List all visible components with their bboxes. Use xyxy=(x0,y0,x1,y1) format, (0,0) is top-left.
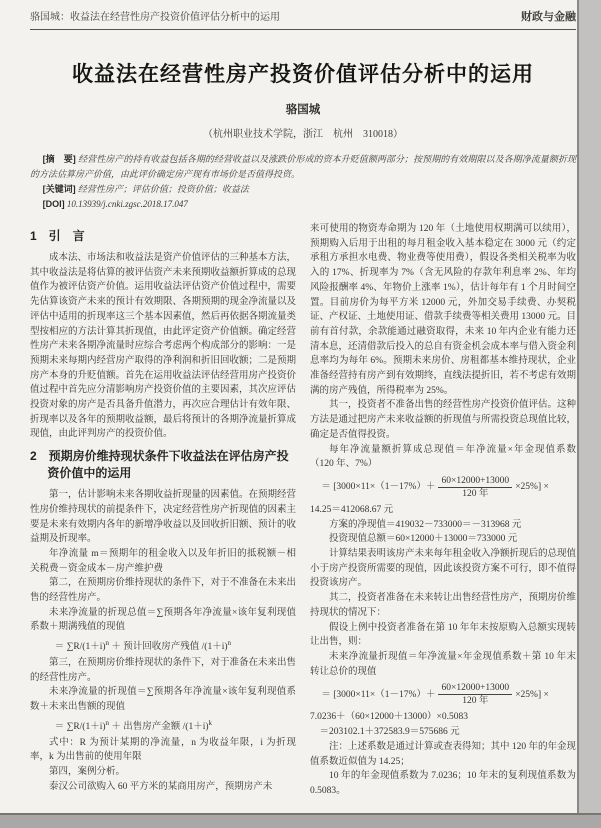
paragraph: 计算结果表明该房产未来每年租金收入净额折现后的总现值小于房产投资所需要的现值，因… xyxy=(310,547,576,591)
formula-net-flow-definition: 年净流量 m＝预期年的租金收入以及年折旧的抵税额－相关税费－资金成本－房产维护费 xyxy=(30,547,296,576)
author-name: 骆国城 xyxy=(30,101,576,117)
fraction: 60×12000+13000120 年 xyxy=(438,475,512,500)
formula-part: ×25%] × xyxy=(515,688,549,703)
page-content: 骆国城：收益法在经营性房产投资价值评估分析中的运用 财政与金融 收益法在经营性房… xyxy=(30,8,576,799)
fraction-numerator: 60×12000+13000 xyxy=(438,475,512,488)
keywords-text: 经营性房产；评估价值；投资价值；收益法 xyxy=(78,184,249,194)
superscript-n: n xyxy=(228,639,232,647)
section-1-heading: 1 引 言 xyxy=(30,228,296,245)
doi-text: 10.13939/j.cnki.zgsc.2018.17.047 xyxy=(67,199,188,209)
formula-part: ＝ ∑R/(1＋i) xyxy=(55,722,106,732)
paragraph: 其一，投资者不准备出售的经营性房产投资价值评估。这种方法是通过把房产未来收益额的… xyxy=(310,398,576,442)
abstract-label: [摘 要] xyxy=(43,154,76,164)
paragraph: 未来净流量的折现值＝∑预期各年净流量×该年复利现值系数＋未来出售额的现值 xyxy=(30,685,296,714)
paragraph: 其二，投资者准备在未来转让出售经营性房产，预期房价维持现状的情况下： xyxy=(310,591,576,620)
formula-discount-hold: ＝ ∑R/(1＋i)n ＋ 预计回收房产残值 /(1＋i)n xyxy=(30,636,296,655)
running-header: 骆国城：收益法在经营性房产投资价值评估分析中的运用 财政与金融 xyxy=(30,8,576,30)
doi-paragraph: [DOI] 10.13939/j.cnki.zgsc.2018.17.047 xyxy=(30,197,576,212)
paragraph: 假设上例中投资者准备在第 10 年年末按原购入总额实现转让出售，则： xyxy=(310,621,576,650)
section-2-heading: 2 预期房价维持现状条件下收益法在评估房产投资价值中的运用 xyxy=(30,448,296,482)
paragraph: 第四，案例分析。 xyxy=(30,765,296,780)
formula-resale-pv: ＝ [3000×11×（1－17%）＋ 60×12000+13000120 年 … xyxy=(310,682,576,707)
paragraph: 第一，估计影响未来各期收益折现量的因素值。在预期经营性房价维持现状的前提条件下，… xyxy=(30,488,296,547)
scan-edge-right xyxy=(577,0,601,828)
scan-edge-bottom xyxy=(0,813,601,828)
running-header-left: 骆国城：收益法在经营性房产投资价值评估分析中的运用 xyxy=(30,8,280,23)
paragraph-continuation: 来可使用的物资寿命期为 120 年（土地使用权期满可以续用），预期购入后用于出租… xyxy=(310,222,576,398)
doi-label: [DOI] xyxy=(43,199,65,209)
abstract-paragraph: [摘 要] 经营性房产的持有收益包括各期的经营收益以及涨跌价形成的资本升贬值额两… xyxy=(30,152,576,182)
paragraph: 方案的净现值＝419032－733000＝－313968 元 xyxy=(310,518,576,533)
paragraph: 第三，在预期房价维持现状的条件下，对于准备在未来出售的经营性房产。 xyxy=(30,656,296,685)
formula-result-line: 14.25＝412068.67 元 xyxy=(310,503,576,518)
note-paragraph: 注：上述系数是通过计算或查表得知；其中 120 年的年金现值系数近似值为 14.… xyxy=(310,740,576,769)
journal-section-label: 财政与金融 xyxy=(521,8,576,24)
formula-part: ＝ ∑R/(1＋i) xyxy=(55,642,106,652)
paragraph: 成本法、市场法和收益法是资产价值评估的三种基本方法，其中收益法是将估算的被评估资… xyxy=(30,251,296,442)
paragraph: 泰汉公司欲购入 60 平方米的某商用房产，预期房产未 xyxy=(30,780,296,795)
fraction-denominator: 120 年 xyxy=(438,488,512,500)
paragraph: 未来净流量的折现总值＝∑预期各年净流量×该年复利现值系数＋期满残值的现值 xyxy=(30,606,296,635)
paragraph: 式中：R 为预计某期的净流量，n 为收益年限，i 为折现率，k 为出售前的使用年… xyxy=(30,736,296,765)
formula-part: ＋ 预计回收房产残值 /(1＋i) xyxy=(109,642,227,652)
formula-result-line: ＝203102.1＋372583.9＝575686 元 xyxy=(310,725,576,740)
right-column: 来可使用的物资寿命期为 120 年（土地使用权期满可以续用），预期购入后用于出租… xyxy=(310,222,576,799)
note-paragraph: 10 年的年金现值系数为 7.0236；10 年末的复利现值系数为 0.5083… xyxy=(310,769,576,798)
formula-continuation-line: 7.0236＋（60×12000＋13000）×0.5083 xyxy=(310,710,576,725)
fraction-denominator: 120 年 xyxy=(438,695,512,707)
fraction: 60×12000+13000120 年 xyxy=(438,682,512,707)
paragraph: 未来净流量折现值＝年净流量×年金现值系数＋第 10 年末转让总价的现值 xyxy=(310,650,576,679)
paragraph: 第二，在预期房价维持现状的条件下，对于不准备在未来出售的经营性房产。 xyxy=(30,576,296,605)
formula-annuity-pv: ＝ [3000×11×（1－17%）＋ 60×12000+13000120 年 … xyxy=(310,475,576,500)
fraction-numerator: 60×12000+13000 xyxy=(438,682,512,695)
formula-part: ×25%] × xyxy=(515,480,549,495)
author-affiliation: （杭州职业技术学院，浙江 杭州 310018） xyxy=(30,125,576,140)
two-column-body: 1 引 言 成本法、市场法和收益法是资产价值评估的三种基本方法，其中收益法是将估… xyxy=(30,222,576,799)
formula-part: ＋ 出售房产金额 /(1＋i) xyxy=(109,722,208,732)
abstract-block: [摘 要] 经营性房产的持有收益包括各期的经营收益以及涨跌价形成的资本升贬值额两… xyxy=(30,152,576,212)
paragraph: 每年净流量额折算成总现值＝年净流量×年金现值系数（120 年、7%） xyxy=(310,443,576,472)
keywords-label: [关键词] xyxy=(43,184,76,194)
keywords-paragraph: [关键词] 经营性房产；评估价值；投资价值；收益法 xyxy=(30,182,576,197)
formula-part: ＝ [3000×11×（1－17%）＋ xyxy=(321,688,435,703)
paragraph: 投资现值总额＝60×12000＋13000＝733000 元 xyxy=(310,532,576,547)
formula-discount-sell: ＝ ∑R/(1＋i)n ＋ 出售房产金额 /(1＋i)k xyxy=(30,716,296,735)
article-title: 收益法在经营性房产投资价值评估分析中的运用 xyxy=(30,58,576,88)
paper-page: 骆国城：收益法在经营性房产投资价值评估分析中的运用 财政与金融 收益法在经营性房… xyxy=(0,0,601,828)
superscript-k: k xyxy=(209,719,213,727)
formula-part: ＝ [3000×11×（1－17%）＋ xyxy=(321,480,435,495)
abstract-text: 经营性房产的持有收益包括各期的经营收益以及涨跌价形成的资本升贬值额两部分；按预期… xyxy=(30,154,576,179)
left-column: 1 引 言 成本法、市场法和收益法是资产价值评估的三种基本方法，其中收益法是将估… xyxy=(30,222,296,799)
